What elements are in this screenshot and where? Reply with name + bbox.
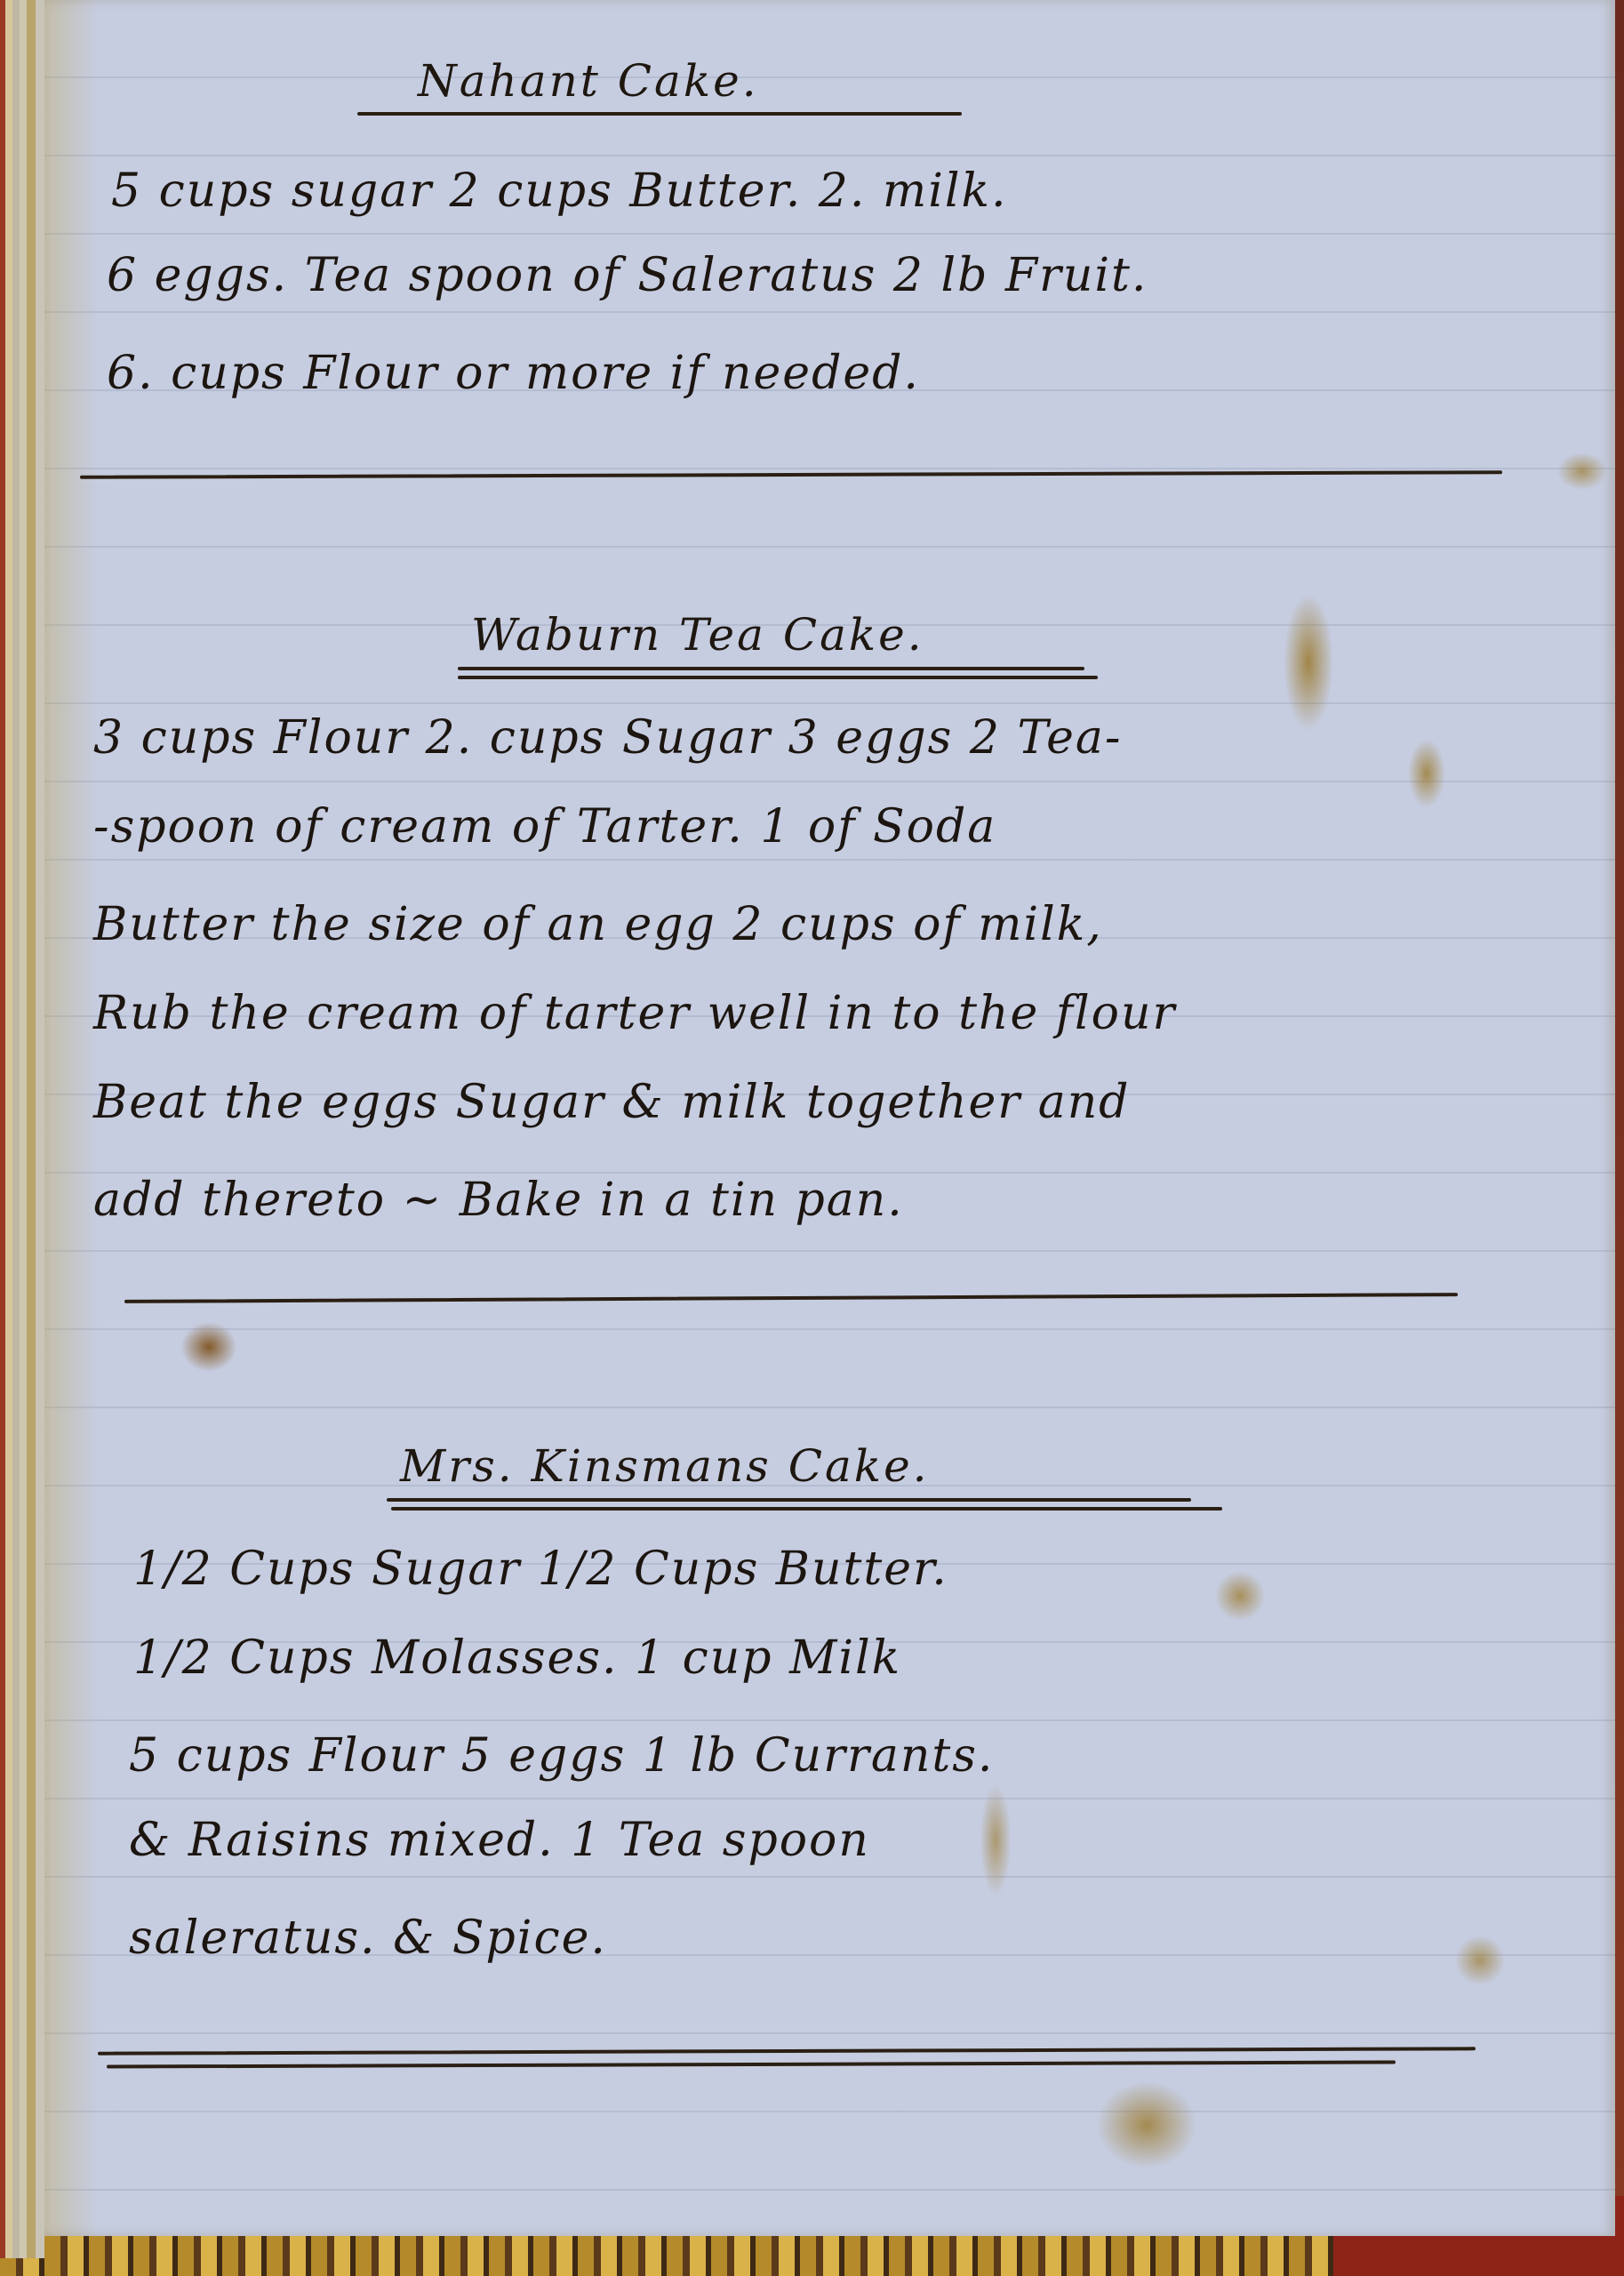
recipe-line: add thereto ~ Bake in a tin pan. bbox=[93, 1174, 904, 1227]
recipe-line: 6. cups Flour or more if needed. bbox=[107, 347, 920, 400]
recipe-line: Beat the eggs Sugar & milk together and bbox=[93, 1076, 1130, 1129]
recipe-title: Nahant Cake. bbox=[418, 55, 759, 107]
recipe-line: -spoon of cream of Tarter. 1 of Soda bbox=[93, 800, 996, 853]
recipe-line: 1/2 Cups Molasses. 1 cup Milk bbox=[133, 1631, 901, 1685]
title-underline bbox=[391, 1507, 1222, 1511]
page-stack-edge bbox=[0, 0, 44, 2258]
recipe-line: Butter the size of an egg 2 cups of milk… bbox=[93, 898, 1103, 951]
title-underline bbox=[387, 1498, 1191, 1502]
recipe-line: Rub the cream of tarter well in to the f… bbox=[93, 987, 1176, 1040]
recipe-line: 1/2 Cups Sugar 1/2 Cups Butter. bbox=[133, 1543, 948, 1596]
recipe-title: Waburn Tea Cake. bbox=[471, 609, 924, 661]
recipe-page: Nahant Cake. 5 cups sugar 2 cups Butter.… bbox=[44, 0, 1615, 2236]
recipe-line: 3 cups Flour 2. cups Sugar 3 eggs 2 Tea- bbox=[93, 711, 1122, 765]
title-underline bbox=[458, 667, 1084, 670]
recipe-line: 6 eggs. Tea spoon of Saleratus 2 lb Frui… bbox=[107, 249, 1148, 302]
section-divider bbox=[98, 2047, 1476, 2055]
recipe-line: & Raisins mixed. 1 Tea spoon bbox=[129, 1814, 870, 1867]
recipe-line: 5 cups Flour 5 eggs 1 lb Currants. bbox=[129, 1729, 994, 1783]
title-underline bbox=[458, 676, 1098, 679]
section-divider bbox=[124, 1293, 1458, 1303]
recipe-line: 5 cups sugar 2 cups Butter. 2. milk. bbox=[111, 164, 1008, 218]
recipe-title: Mrs. Kinsmans Cake. bbox=[400, 1440, 930, 1492]
section-divider bbox=[80, 470, 1502, 479]
title-underline bbox=[357, 112, 962, 116]
recipe-line: saleratus. & Spice. bbox=[129, 1911, 607, 1965]
section-divider bbox=[107, 2060, 1396, 2068]
